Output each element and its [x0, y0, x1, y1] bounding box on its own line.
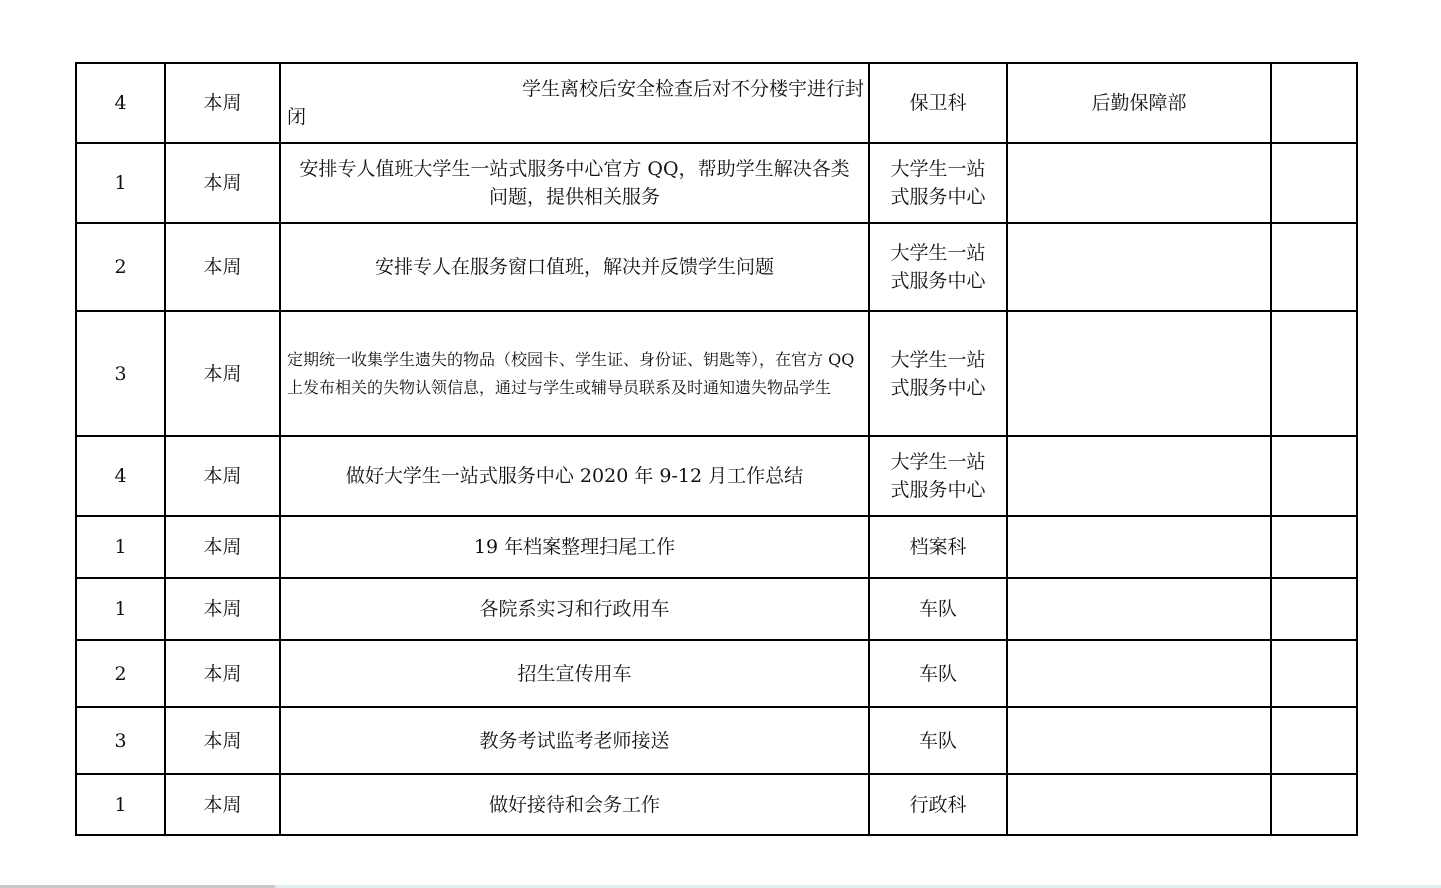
row-number: 3: [76, 311, 165, 436]
department-cell: 车队: [869, 707, 1007, 774]
row-number: 1: [76, 516, 165, 578]
time-cell: 本周: [165, 516, 280, 578]
row-number: 4: [76, 436, 165, 516]
time-cell: 本周: [165, 311, 280, 436]
table-row: 2 本周 安排专人在服务窗口值班，解决并反馈学生问题 大学生一站式服务中心: [76, 223, 1357, 311]
table-row: 4 本周 学生离校后安全检查后对不分楼宇进行封 闭 保卫科 后勤保障部: [76, 63, 1357, 143]
table-row: 3 本周 教务考试监考老师接送 车队: [76, 707, 1357, 774]
owner-cell: [1007, 223, 1271, 311]
row-number: 1: [76, 578, 165, 640]
time-cell: 本周: [165, 63, 280, 143]
department-cell: 档案科: [869, 516, 1007, 578]
row-number: 3: [76, 707, 165, 774]
owner-cell: [1007, 516, 1271, 578]
note-cell: [1271, 311, 1357, 436]
owner-cell: 后勤保障部: [1007, 63, 1271, 143]
table-row: 1 本周 19 年档案整理扫尾工作 档案科: [76, 516, 1357, 578]
table-row: 4 本周 做好大学生一站式服务中心 2020 年 9-12 月工作总结 大学生一…: [76, 436, 1357, 516]
note-cell: [1271, 774, 1357, 835]
department-cell: 大学生一站式服务中心: [869, 311, 1007, 436]
owner-cell: [1007, 640, 1271, 707]
table-row: 3 本周 定期统一收集学生遗失的物品（校园卡、学生证、身份证、钥匙等），在官方 …: [76, 311, 1357, 436]
task-cell: 19 年档案整理扫尾工作: [280, 516, 869, 578]
owner-cell: [1007, 774, 1271, 835]
row-number: 2: [76, 223, 165, 311]
owner-cell: [1007, 436, 1271, 516]
note-cell: [1271, 707, 1357, 774]
task-cell: 做好大学生一站式服务中心 2020 年 9-12 月工作总结: [280, 436, 869, 516]
task-line-2: 闭: [287, 103, 864, 131]
time-cell: 本周: [165, 707, 280, 774]
task-line-1: 学生离校后安全检查后对不分楼宇进行封: [287, 75, 864, 103]
department-cell: 大学生一站式服务中心: [869, 143, 1007, 223]
table-row: 1 本周 做好接待和会务工作 行政科: [76, 774, 1357, 835]
note-cell: [1271, 516, 1357, 578]
department-cell: 大学生一站式服务中心: [869, 223, 1007, 311]
time-cell: 本周: [165, 143, 280, 223]
department-cell: 保卫科: [869, 63, 1007, 143]
task-cell: 各院系实习和行政用车: [280, 578, 869, 640]
row-number: 1: [76, 774, 165, 835]
note-cell: [1271, 578, 1357, 640]
department-cell: 行政科: [869, 774, 1007, 835]
time-cell: 本周: [165, 774, 280, 835]
task-cell: 教务考试监考老师接送: [280, 707, 869, 774]
table-row: 1 本周 各院系实习和行政用车 车队: [76, 578, 1357, 640]
note-cell: [1271, 63, 1357, 143]
note-cell: [1271, 640, 1357, 707]
owner-cell: [1007, 311, 1271, 436]
row-number: 2: [76, 640, 165, 707]
work-plan-table: 4 本周 学生离校后安全检查后对不分楼宇进行封 闭 保卫科 后勤保障部 1 本周…: [75, 62, 1358, 836]
time-cell: 本周: [165, 578, 280, 640]
department-cell: 车队: [869, 578, 1007, 640]
department-cell: 大学生一站式服务中心: [869, 436, 1007, 516]
task-cell: 招生宣传用车: [280, 640, 869, 707]
task-cell: 定期统一收集学生遗失的物品（校园卡、学生证、身份证、钥匙等），在官方 QQ 上发…: [280, 311, 869, 436]
task-cell: 安排专人值班大学生一站式服务中心官方 QQ，帮助学生解决各类问题，提供相关服务: [280, 143, 869, 223]
owner-cell: [1007, 707, 1271, 774]
row-number: 4: [76, 63, 165, 143]
table-row: 1 本周 安排专人值班大学生一站式服务中心官方 QQ，帮助学生解决各类问题，提供…: [76, 143, 1357, 223]
note-cell: [1271, 223, 1357, 311]
note-cell: [1271, 436, 1357, 516]
time-cell: 本周: [165, 223, 280, 311]
time-cell: 本周: [165, 640, 280, 707]
task-cell: 做好接待和会务工作: [280, 774, 869, 835]
time-cell: 本周: [165, 436, 280, 516]
table-row: 2 本周 招生宣传用车 车队: [76, 640, 1357, 707]
task-cell: 学生离校后安全检查后对不分楼宇进行封 闭: [280, 63, 869, 143]
owner-cell: [1007, 143, 1271, 223]
row-number: 1: [76, 143, 165, 223]
owner-cell: [1007, 578, 1271, 640]
department-cell: 车队: [869, 640, 1007, 707]
task-cell: 安排专人在服务窗口值班，解决并反馈学生问题: [280, 223, 869, 311]
note-cell: [1271, 143, 1357, 223]
